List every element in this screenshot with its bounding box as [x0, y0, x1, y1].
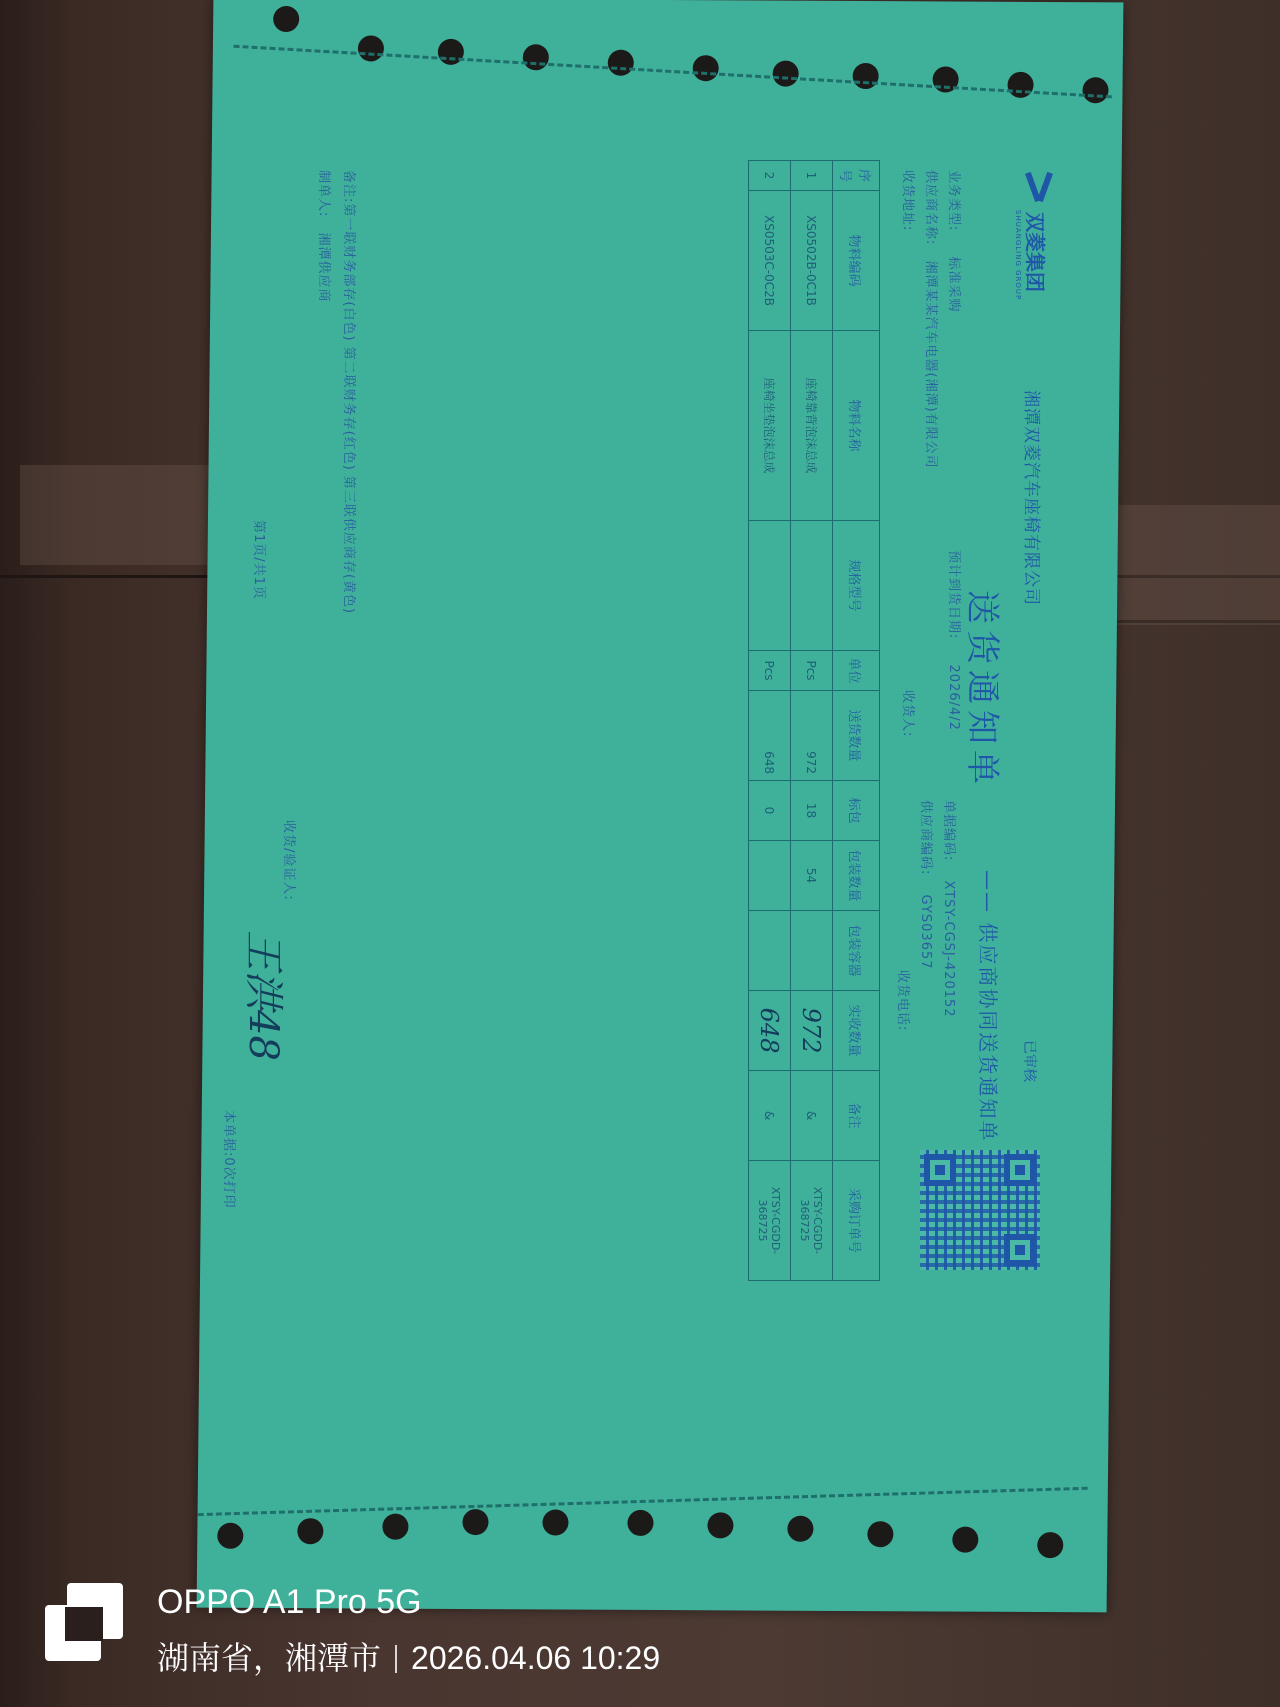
- receiver-label: 收货人:: [900, 690, 919, 737]
- cell-std-pack: 0: [749, 781, 791, 841]
- col-header: 备注: [833, 1071, 880, 1161]
- logo-subtitle: SHUANGLING GROUP: [1014, 210, 1022, 300]
- col-header: 标包: [833, 781, 880, 841]
- receiver-phone-label: 收货电话:: [895, 970, 914, 1031]
- doc-no-value: XTSY-CGSJ-420152: [941, 881, 956, 1018]
- tractor-hole: [1007, 72, 1033, 98]
- doc-no-label: 单据编码:: [941, 800, 956, 861]
- preparer: 制单人: 湘潭供应商: [316, 170, 335, 303]
- col-header: 序号: [833, 161, 880, 191]
- cell-no: 1: [791, 161, 833, 191]
- company-name: 湘潭双菱汽车座椅有限公司: [1021, 390, 1046, 606]
- packing-tape: [1110, 505, 1280, 625]
- tractor-hole: [462, 1509, 488, 1535]
- tractor-hole: [952, 1527, 978, 1553]
- qr-finder: [924, 1154, 956, 1186]
- page-number: 第1页/共1页: [251, 520, 270, 600]
- cell-remark: &: [749, 1071, 791, 1161]
- document-number: 单据编码: XTSY-CGSJ-420152: [941, 800, 960, 1018]
- document-title: 送货通知单: [961, 590, 1010, 790]
- cell-qty: 972: [791, 691, 833, 781]
- preparer-value: 湘潭供应商: [316, 233, 331, 303]
- receiver-sign-label: 收货/验证人:: [281, 820, 300, 901]
- print-count: 本单据:0次打印: [221, 1110, 240, 1209]
- tractor-hole: [297, 1518, 323, 1544]
- delivery-address-label: 收货地址:: [900, 170, 919, 231]
- col-header: 送货数量: [833, 691, 880, 781]
- business-type: 业务类型: 标准采购: [946, 170, 965, 313]
- tractor-hole: [1082, 77, 1108, 103]
- col-header: 实收数量: [833, 991, 880, 1071]
- cell-std-pack: 18: [791, 781, 833, 841]
- table-row: 2 XS0503C-0C2B 座椅坐垫泡沫总成 Pcs 648 0 648 & …: [749, 161, 791, 1281]
- expected-date-label: 预计到货日期:: [946, 550, 961, 639]
- table-row: 1 XS0502B-0C1B 座椅靠背泡沫总成 Pcs 972 18 54 97…: [791, 161, 833, 1281]
- tractor-hole: [787, 1516, 813, 1542]
- cell-container: [791, 911, 833, 991]
- business-type-label: 业务类型:: [946, 170, 961, 231]
- cell-spec: [791, 521, 833, 651]
- cell-material-name: 座椅坐垫泡沫总成: [749, 331, 791, 521]
- cell-material-code: XS0502B-0C1B: [791, 191, 833, 331]
- tractor-hole: [382, 1514, 408, 1540]
- business-type-value: 标准采购: [946, 257, 961, 313]
- qr-finder: [1004, 1154, 1036, 1186]
- cell-received-qty: 972: [791, 991, 833, 1071]
- cell-qty: 648: [749, 691, 791, 781]
- cell-container: [749, 911, 791, 991]
- tractor-hole: [438, 39, 464, 65]
- logo-name: 双菱集团: [1023, 212, 1052, 292]
- watermark-datetime: 2026.04.06 10:29: [411, 1640, 660, 1676]
- cell-material-name: 座椅靠背泡沫总成: [791, 331, 833, 521]
- cell-po: XTSY-CGDD-368725: [749, 1161, 791, 1281]
- tractor-hole: [853, 63, 879, 89]
- col-header: 规格型号: [833, 521, 880, 651]
- col-header: 采购订单号: [833, 1161, 880, 1281]
- supplier-code-label: 供应商编码:: [918, 800, 933, 875]
- col-header: 物料编码: [833, 191, 880, 331]
- cell-material-code: XS0503C-0C2B: [749, 191, 791, 331]
- supplier-name: 供应商名称: 湘潭某某汽车电器(湘潭)有限公司: [923, 170, 942, 469]
- cell-spec: [749, 521, 791, 651]
- tractor-hole: [693, 55, 719, 81]
- tractor-hole: [867, 1521, 893, 1547]
- document-subtitle: —— 供应商协同送货通知单: [975, 870, 1004, 1142]
- qr-code: [920, 1150, 1040, 1270]
- cell-remark: &: [791, 1071, 833, 1161]
- watermark-location: 湖南省，湘潭市: [157, 1640, 381, 1676]
- supplier-name-label: 供应商名称:: [923, 170, 938, 245]
- perforation-line: [233, 45, 1112, 99]
- packing-tape: [20, 465, 220, 565]
- col-header: 单位: [833, 651, 880, 691]
- company-logo: 双菱集团: [1022, 170, 1052, 292]
- supplier-code: 供应商编码: GYS03657: [918, 800, 937, 970]
- expected-date-value: 2026/4/2: [946, 665, 961, 731]
- watermark-location-time: 湖南省，湘潭市2026.04.06 10:29: [157, 1633, 660, 1679]
- tractor-hole: [217, 1523, 243, 1549]
- oppo-watermark-icon: [45, 1583, 123, 1661]
- qr-finder: [1004, 1234, 1036, 1266]
- logo-mark-icon: [1022, 170, 1052, 206]
- tractor-hole: [358, 35, 384, 61]
- supplier-name-value: 湘潭某某汽车电器(湘潭)有限公司: [923, 261, 938, 469]
- cell-pack-qty: [749, 841, 791, 911]
- footer-note: 备注:第一联财务部存(白色) 第二联财务存(红色) 第三联供应商存(黄色): [341, 170, 360, 614]
- cell-po: XTSY-CGDD-368725: [791, 1161, 833, 1281]
- cell-pack-qty: 54: [791, 841, 833, 911]
- watermark-model: OPPO A1 Pro 5G: [157, 1583, 422, 1622]
- tractor-hole: [773, 61, 799, 87]
- tractor-hole: [542, 1509, 568, 1535]
- col-header: 包装数量: [833, 841, 880, 911]
- approval-status: 已审核: [1020, 1040, 1040, 1082]
- col-header: 物料名称: [833, 331, 880, 521]
- col-header: 包装容器: [833, 911, 880, 991]
- watermark-separator: [395, 1645, 397, 1673]
- cell-received-qty: 648: [749, 991, 791, 1071]
- delivery-note-content: 双菱集团 SHUANGLING GROUP 湘潭双菱汽车座椅有限公司 已审核 送…: [200, 150, 1060, 1330]
- tractor-hole: [707, 1512, 733, 1538]
- cell-no: 2: [749, 161, 791, 191]
- items-table: 序号 物料编码 物料名称 规格型号 单位 送货数量 标包 包装数量 包装容器 实…: [748, 160, 880, 1281]
- tractor-hole: [627, 1510, 653, 1536]
- supplier-code-value: GYS03657: [918, 895, 933, 970]
- tractor-hole: [523, 44, 549, 70]
- tractor-hole: [273, 6, 299, 32]
- cell-unit: Pcs: [791, 651, 833, 691]
- table-header-row: 序号 物料编码 物料名称 规格型号 单位 送货数量 标包 包装数量 包装容器 实…: [833, 161, 880, 1281]
- expected-date: 预计到货日期: 2026/4/2: [946, 550, 965, 731]
- receiver-signature: 王洪48: [238, 930, 295, 1061]
- tractor-hole: [608, 50, 634, 76]
- cell-unit: Pcs: [749, 651, 791, 691]
- tractor-hole: [1037, 1532, 1063, 1558]
- preparer-label: 制单人:: [316, 170, 331, 217]
